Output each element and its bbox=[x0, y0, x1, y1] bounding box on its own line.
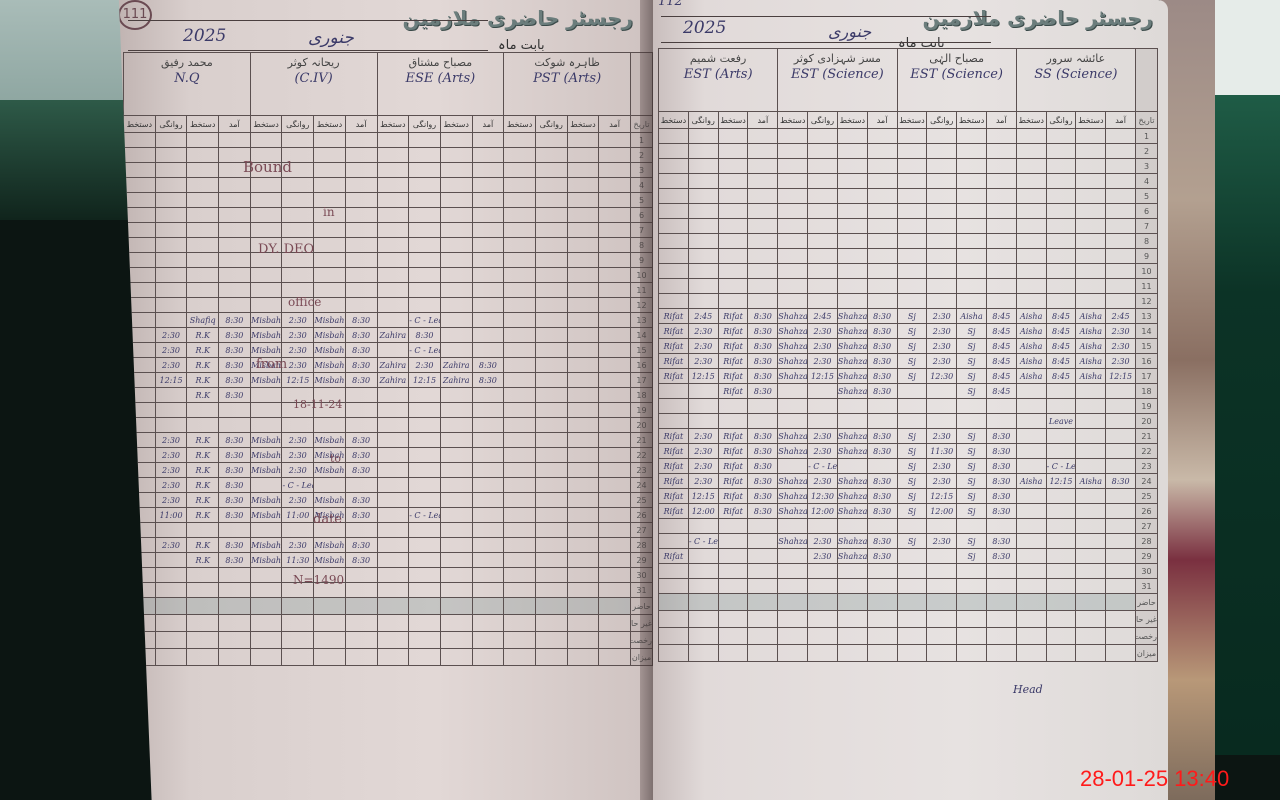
attendance-cell: 8:30 bbox=[219, 508, 251, 523]
attendance-cell: 8:30 bbox=[986, 444, 1016, 459]
attendance-row: 30 bbox=[124, 568, 653, 583]
attendance-cell: Shahzadi bbox=[837, 429, 867, 444]
attendance-cell bbox=[409, 493, 441, 508]
attendance-cell: R.K bbox=[187, 553, 219, 568]
attendance-cell bbox=[124, 583, 156, 598]
attendance-cell bbox=[472, 403, 504, 418]
attendance-row: 4 bbox=[659, 174, 1158, 189]
staff-column-header: ظاہرہ شوکت PST (Arts) bbox=[504, 53, 631, 116]
date-number: 11 bbox=[1136, 279, 1158, 294]
attendance-cell bbox=[599, 538, 631, 553]
attendance-cell: 2:30 bbox=[282, 328, 314, 343]
attendance-cell bbox=[377, 448, 409, 463]
totals-cell bbox=[688, 594, 718, 611]
attendance-cell bbox=[867, 129, 897, 144]
attendance-cell bbox=[837, 414, 867, 429]
attendance-cell bbox=[1016, 159, 1046, 174]
attendance-cell bbox=[219, 298, 251, 313]
attendance-cell bbox=[377, 193, 409, 208]
attendance-cell bbox=[986, 279, 1016, 294]
attendance-cell bbox=[808, 279, 838, 294]
attendance-row: Rifat2:30Shahzadi8:30Sj8:3029 bbox=[659, 549, 1158, 564]
date-number: 18 bbox=[1136, 384, 1158, 399]
attendance-cell: 8:30 bbox=[345, 553, 377, 568]
attendance-cell bbox=[837, 564, 867, 579]
attendance-cell: Aisha bbox=[1016, 369, 1046, 384]
attendance-cell bbox=[1076, 249, 1106, 264]
attendance-cell bbox=[504, 553, 536, 568]
attendance-cell: R.K bbox=[187, 373, 219, 388]
attendance-cell bbox=[599, 343, 631, 358]
attendance-cell bbox=[345, 238, 377, 253]
attendance-cell bbox=[659, 219, 689, 234]
attendance-cell bbox=[748, 414, 778, 429]
date-number: 5 bbox=[1136, 189, 1158, 204]
attendance-cell bbox=[250, 193, 282, 208]
attendance-cell: Rifat bbox=[659, 444, 689, 459]
attendance-cell bbox=[599, 433, 631, 448]
attendance-cell bbox=[688, 414, 718, 429]
attendance-cell bbox=[535, 148, 567, 163]
attendance-cell: R.K bbox=[187, 343, 219, 358]
attendance-cell bbox=[718, 249, 748, 264]
attendance-cell bbox=[1076, 294, 1106, 309]
attendance-cell: 8:30 bbox=[345, 463, 377, 478]
sub-header-cell: روانگی bbox=[1046, 112, 1076, 129]
attendance-cell bbox=[377, 208, 409, 223]
attendance-cell: 12:15 bbox=[688, 489, 718, 504]
attendance-cell: 8:30 bbox=[219, 553, 251, 568]
attendance-cell bbox=[345, 148, 377, 163]
totals-cell bbox=[659, 611, 689, 628]
attendance-cell bbox=[1106, 519, 1136, 534]
sub-header-cell: روانگی bbox=[927, 112, 957, 129]
attendance-row: Shafiq8:30Misbah2:30Misbah8:30- C - Leav… bbox=[124, 313, 653, 328]
attendance-row: 19 bbox=[124, 403, 653, 418]
attendance-cell bbox=[409, 148, 441, 163]
attendance-cell: 2:30 bbox=[155, 538, 187, 553]
attendance-cell bbox=[535, 523, 567, 538]
attendance-cell bbox=[778, 294, 808, 309]
attendance-cell bbox=[504, 268, 536, 283]
attendance-cell: Zahira bbox=[440, 358, 472, 373]
attendance-cell bbox=[282, 418, 314, 433]
totals-cell bbox=[1076, 645, 1106, 662]
attendance-cell bbox=[957, 204, 987, 219]
totals-cell bbox=[986, 628, 1016, 645]
attendance-cell bbox=[599, 388, 631, 403]
attendance-cell bbox=[187, 148, 219, 163]
attendance-cell bbox=[867, 189, 897, 204]
date-number: 10 bbox=[1136, 264, 1158, 279]
attendance-cell bbox=[778, 279, 808, 294]
attendance-cell bbox=[1046, 159, 1076, 174]
attendance-row: Rifat12:15Rifat8:30Shahzadi12:15Shahzadi… bbox=[659, 369, 1158, 384]
attendance-cell bbox=[567, 178, 599, 193]
attendance-cell: 8:30 bbox=[748, 384, 778, 399]
attendance-cell: 8:30 bbox=[867, 549, 897, 564]
attendance-cell: 2:30 bbox=[282, 538, 314, 553]
attendance-cell bbox=[927, 399, 957, 414]
attendance-cell bbox=[124, 268, 156, 283]
totals-row: غیر حاضر bbox=[124, 615, 653, 632]
attendance-cell bbox=[187, 223, 219, 238]
attendance-cell: 2:30 bbox=[155, 358, 187, 373]
attendance-row: 31 bbox=[659, 579, 1158, 594]
attendance-cell: 2:30 bbox=[155, 478, 187, 493]
totals-cell bbox=[778, 594, 808, 611]
attendance-cell: Shahzadi bbox=[778, 474, 808, 489]
attendance-cell bbox=[1016, 399, 1046, 414]
attendance-cell: 11:00 bbox=[282, 508, 314, 523]
totals-cell bbox=[377, 649, 409, 666]
attendance-cell: 8:30 bbox=[345, 448, 377, 463]
attendance-cell bbox=[1076, 279, 1106, 294]
attendance-cell: Sj bbox=[897, 339, 927, 354]
totals-cell bbox=[314, 632, 346, 649]
attendance-cell bbox=[409, 388, 441, 403]
attendance-cell bbox=[808, 294, 838, 309]
attendance-cell bbox=[927, 294, 957, 309]
attendance-cell: 2:30 bbox=[688, 429, 718, 444]
attendance-cell bbox=[409, 133, 441, 148]
attendance-cell: 8:30 bbox=[345, 373, 377, 388]
attendance-cell: Rifat bbox=[718, 444, 748, 459]
attendance-cell bbox=[808, 564, 838, 579]
attendance-cell: 8:30 bbox=[986, 429, 1016, 444]
attendance-cell bbox=[1046, 444, 1076, 459]
attendance-cell bbox=[1106, 249, 1136, 264]
attendance-cell bbox=[599, 268, 631, 283]
attendance-cell: Misbah bbox=[314, 433, 346, 448]
totals-cell bbox=[778, 611, 808, 628]
attendance-cell bbox=[535, 463, 567, 478]
attendance-row: 1 bbox=[659, 129, 1158, 144]
attendance-cell bbox=[688, 144, 718, 159]
attendance-cell: Shahzadi bbox=[837, 384, 867, 399]
attendance-cell bbox=[1076, 159, 1106, 174]
date-number: 6 bbox=[1136, 204, 1158, 219]
attendance-cell bbox=[377, 433, 409, 448]
background-floral-cloth bbox=[1160, 0, 1215, 800]
attendance-cell: Aisha bbox=[1076, 369, 1106, 384]
sub-header-cell: روانگی bbox=[808, 112, 838, 129]
attendance-cell bbox=[567, 328, 599, 343]
attendance-cell bbox=[250, 268, 282, 283]
attendance-cell: Rifat bbox=[659, 474, 689, 489]
attendance-cell bbox=[599, 178, 631, 193]
attendance-cell: Aisha bbox=[1076, 354, 1106, 369]
attendance-cell bbox=[440, 133, 472, 148]
attendance-cell bbox=[718, 189, 748, 204]
date-number: 1 bbox=[1136, 129, 1158, 144]
attendance-cell bbox=[219, 133, 251, 148]
attendance-cell bbox=[927, 189, 957, 204]
totals-cell bbox=[440, 615, 472, 632]
totals-cell bbox=[535, 598, 567, 615]
attendance-cell bbox=[599, 148, 631, 163]
attendance-cell bbox=[472, 523, 504, 538]
totals-cell bbox=[599, 598, 631, 615]
attendance-cell: 8:30 bbox=[219, 358, 251, 373]
attendance-cell bbox=[1076, 504, 1106, 519]
attendance-cell bbox=[567, 478, 599, 493]
attendance-cell bbox=[748, 279, 778, 294]
attendance-cell bbox=[867, 234, 897, 249]
attendance-cell bbox=[1046, 579, 1076, 594]
sub-header-cell: آمد bbox=[472, 116, 504, 133]
attendance-cell bbox=[718, 174, 748, 189]
attendance-cell: Rifat bbox=[659, 504, 689, 519]
attendance-row: 4 bbox=[124, 178, 653, 193]
attendance-cell bbox=[1076, 444, 1106, 459]
attendance-cell bbox=[567, 253, 599, 268]
attendance-cell bbox=[867, 249, 897, 264]
totals-cell bbox=[897, 611, 927, 628]
attendance-cell bbox=[377, 508, 409, 523]
attendance-cell bbox=[472, 298, 504, 313]
attendance-cell bbox=[250, 568, 282, 583]
attendance-cell: 8:30 bbox=[867, 429, 897, 444]
attendance-cell bbox=[897, 174, 927, 189]
attendance-cell: Shahzadi bbox=[837, 504, 867, 519]
attendance-cell: 2:30 bbox=[155, 463, 187, 478]
attendance-cell bbox=[155, 283, 187, 298]
attendance-cell bbox=[986, 174, 1016, 189]
attendance-cell: 8:45 bbox=[1046, 369, 1076, 384]
attendance-cell: Rifat bbox=[659, 429, 689, 444]
date-number: 12 bbox=[1136, 294, 1158, 309]
totals-cell bbox=[659, 594, 689, 611]
side-note: N=1490 bbox=[293, 573, 344, 587]
attendance-cell: 8:30 bbox=[345, 538, 377, 553]
attendance-cell bbox=[718, 294, 748, 309]
attendance-cell: 2:30 bbox=[155, 448, 187, 463]
attendance-cell: Misbah bbox=[250, 328, 282, 343]
totals-cell bbox=[718, 645, 748, 662]
attendance-cell bbox=[124, 538, 156, 553]
attendance-row: 7 bbox=[124, 223, 653, 238]
attendance-cell bbox=[659, 279, 689, 294]
attendance-cell: Rifat bbox=[718, 384, 748, 399]
attendance-cell bbox=[927, 579, 957, 594]
totals-cell bbox=[837, 594, 867, 611]
totals-cell bbox=[314, 649, 346, 666]
date-number: 23 bbox=[1136, 459, 1158, 474]
attendance-cell: 8:30 bbox=[219, 463, 251, 478]
attendance-table-right: رفعت شمیم EST (Arts) مسز شہزادی کوثر EST… bbox=[658, 48, 1158, 662]
attendance-cell bbox=[957, 144, 987, 159]
attendance-cell bbox=[927, 264, 957, 279]
attendance-cell bbox=[897, 144, 927, 159]
totals-cell bbox=[377, 615, 409, 632]
attendance-cell bbox=[867, 414, 897, 429]
attendance-cell: Sj bbox=[957, 534, 987, 549]
totals-cell bbox=[957, 645, 987, 662]
attendance-cell bbox=[1016, 264, 1046, 279]
attendance-cell: 2:45 bbox=[808, 309, 838, 324]
attendance-cell: 8:30 bbox=[748, 324, 778, 339]
attendance-cell bbox=[124, 163, 156, 178]
attendance-cell: Sj bbox=[957, 324, 987, 339]
attendance-cell: Misbah bbox=[250, 538, 282, 553]
attendance-cell bbox=[688, 519, 718, 534]
attendance-cell bbox=[377, 538, 409, 553]
attendance-cell: 2:30 bbox=[927, 459, 957, 474]
attendance-cell: Rifat bbox=[718, 324, 748, 339]
attendance-cell bbox=[808, 414, 838, 429]
attendance-row: 8 bbox=[124, 238, 653, 253]
sub-header-cell: آمد bbox=[345, 116, 377, 133]
attendance-cell bbox=[124, 148, 156, 163]
attendance-cell: R.K bbox=[187, 388, 219, 403]
attendance-row: 2 bbox=[124, 148, 653, 163]
totals-cell bbox=[1106, 628, 1136, 645]
attendance-cell: Shahzadi bbox=[837, 354, 867, 369]
totals-cell bbox=[688, 645, 718, 662]
attendance-row: 27 bbox=[124, 523, 653, 538]
sub-header-cell: دستخط bbox=[1076, 112, 1106, 129]
totals-cell bbox=[567, 598, 599, 615]
attendance-cell bbox=[155, 253, 187, 268]
attendance-cell bbox=[599, 553, 631, 568]
attendance-cell: 8:45 bbox=[1046, 354, 1076, 369]
attendance-cell bbox=[535, 433, 567, 448]
attendance-cell: 12:15 bbox=[1046, 474, 1076, 489]
attendance-cell bbox=[837, 579, 867, 594]
attendance-cell bbox=[1046, 189, 1076, 204]
attendance-cell bbox=[599, 418, 631, 433]
attendance-cell bbox=[1076, 534, 1106, 549]
attendance-cell: 8:30 bbox=[345, 508, 377, 523]
attendance-cell: Aisha bbox=[957, 309, 987, 324]
attendance-cell bbox=[187, 283, 219, 298]
attendance-cell: 8:45 bbox=[986, 354, 1016, 369]
attendance-cell bbox=[1106, 159, 1136, 174]
attendance-cell: Shahzadi bbox=[778, 369, 808, 384]
attendance-row: 10 bbox=[659, 264, 1158, 279]
attendance-cell bbox=[377, 223, 409, 238]
attendance-cell: 2:30 bbox=[282, 448, 314, 463]
attendance-cell: Rifat bbox=[718, 489, 748, 504]
background-wall-right bbox=[1215, 0, 1280, 95]
attendance-cell bbox=[1046, 249, 1076, 264]
date-number: 16 bbox=[1136, 354, 1158, 369]
attendance-cell bbox=[957, 264, 987, 279]
attendance-cell bbox=[748, 159, 778, 174]
attendance-cell bbox=[314, 223, 346, 238]
sub-header-cell: روانگی bbox=[282, 116, 314, 133]
attendance-cell: Rifat bbox=[718, 354, 748, 369]
attendance-cell bbox=[808, 264, 838, 279]
attendance-cell bbox=[282, 133, 314, 148]
attendance-cell bbox=[440, 238, 472, 253]
attendance-cell bbox=[808, 579, 838, 594]
attendance-cell: Aisha bbox=[1016, 354, 1046, 369]
attendance-cell: 2:30 bbox=[688, 459, 718, 474]
attendance-row: 2:30R.K8:30Misbah2:30Misbah8:3025 bbox=[124, 493, 653, 508]
staff-header-row: رفعت شمیم EST (Arts) مسز شہزادی کوثر EST… bbox=[659, 49, 1158, 112]
attendance-cell bbox=[377, 133, 409, 148]
attendance-cell bbox=[778, 519, 808, 534]
attendance-cell: 8:30 bbox=[867, 534, 897, 549]
attendance-cell bbox=[567, 463, 599, 478]
attendance-cell bbox=[1076, 204, 1106, 219]
attendance-cell: Misbah bbox=[314, 493, 346, 508]
attendance-cell bbox=[155, 388, 187, 403]
attendance-cell bbox=[1076, 129, 1106, 144]
attendance-cell bbox=[927, 219, 957, 234]
attendance-cell: Sj bbox=[897, 504, 927, 519]
attendance-cell bbox=[567, 448, 599, 463]
totals-cell bbox=[837, 611, 867, 628]
attendance-cell bbox=[440, 328, 472, 343]
attendance-row: Leave20 bbox=[659, 414, 1158, 429]
attendance-cell bbox=[155, 568, 187, 583]
totals-cell bbox=[1016, 611, 1046, 628]
attendance-cell: Misbah bbox=[314, 358, 346, 373]
attendance-cell bbox=[155, 583, 187, 598]
attendance-cell bbox=[345, 133, 377, 148]
attendance-cell: Misbah bbox=[314, 373, 346, 388]
attendance-cell: Sj bbox=[957, 444, 987, 459]
attendance-cell: - C - Leave - bbox=[409, 313, 441, 328]
date-number: 22 bbox=[1136, 444, 1158, 459]
attendance-cell bbox=[282, 223, 314, 238]
attendance-cell: 11:30 bbox=[927, 444, 957, 459]
sub-header-cell: روانگی bbox=[535, 116, 567, 133]
attendance-cell bbox=[345, 223, 377, 238]
attendance-cell bbox=[867, 144, 897, 159]
attendance-cell: Rifat bbox=[659, 459, 689, 474]
attendance-row: Rifat2:45Rifat8:30Shahzadi2:45Shahzadi8:… bbox=[659, 309, 1158, 324]
attendance-cell bbox=[688, 159, 718, 174]
attendance-cell bbox=[535, 373, 567, 388]
attendance-cell: Misbah bbox=[250, 343, 282, 358]
attendance-cell bbox=[535, 313, 567, 328]
attendance-cell bbox=[688, 399, 718, 414]
attendance-cell: Sj bbox=[897, 354, 927, 369]
attendance-cell bbox=[1016, 414, 1046, 429]
attendance-cell bbox=[986, 519, 1016, 534]
attendance-cell bbox=[535, 493, 567, 508]
attendance-cell bbox=[187, 568, 219, 583]
totals-cell bbox=[957, 628, 987, 645]
attendance-cell: - C - Leave - bbox=[409, 508, 441, 523]
header-rule bbox=[661, 16, 991, 17]
staff-column-header: محمد رفیق N.Q bbox=[124, 53, 251, 116]
attendance-cell bbox=[535, 283, 567, 298]
attendance-cell bbox=[377, 388, 409, 403]
attendance-cell bbox=[345, 268, 377, 283]
attendance-cell bbox=[124, 448, 156, 463]
attendance-cell bbox=[124, 493, 156, 508]
attendance-cell bbox=[599, 568, 631, 583]
attendance-cell bbox=[345, 568, 377, 583]
totals-cell bbox=[778, 645, 808, 662]
attendance-cell bbox=[986, 129, 1016, 144]
attendance-cell bbox=[472, 448, 504, 463]
attendance-cell bbox=[778, 384, 808, 399]
attendance-cell: Shahzadi bbox=[837, 489, 867, 504]
attendance-cell bbox=[927, 204, 957, 219]
attendance-row: 30 bbox=[659, 564, 1158, 579]
sub-header-cell: آمد bbox=[219, 116, 251, 133]
totals-cell bbox=[314, 598, 346, 615]
attendance-cell bbox=[957, 414, 987, 429]
totals-cell bbox=[250, 615, 282, 632]
date-number: 8 bbox=[1136, 234, 1158, 249]
